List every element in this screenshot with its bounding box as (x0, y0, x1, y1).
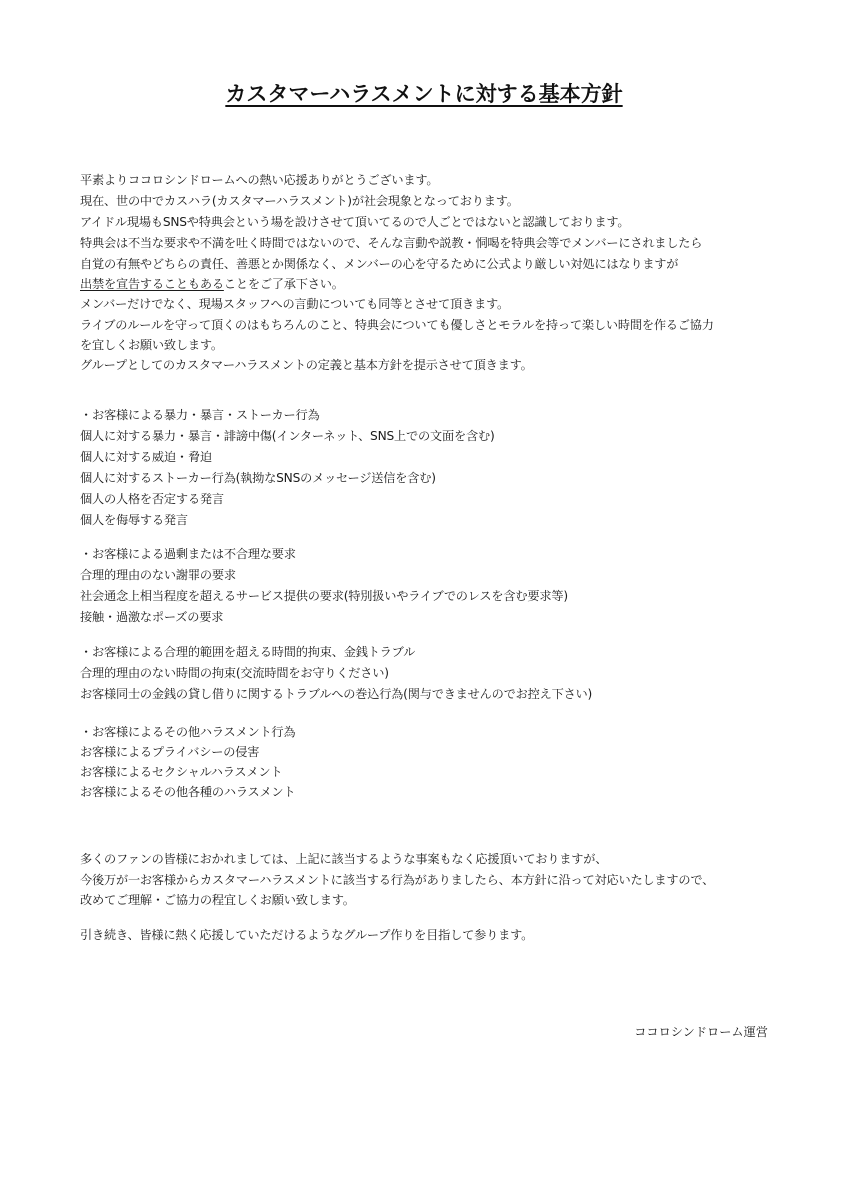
section-item: 社会通念上相当程度を超えるサービス提供の要求(特別扱いやライブでのレスを含む要求… (80, 588, 568, 604)
title-text: カスタマーハラスメントに対する基本方針 (225, 82, 622, 106)
intro-line: メンバーだけでなく、現場スタッフへの言動についても同等とさせて頂きます。 (80, 296, 509, 312)
closing-line: 改めてご理解・ご協力の程宜しくお願い致します。 (80, 892, 355, 908)
section-item: 個人に対する暴力・暴言・誹謗中傷(インターネット、SNS上での文面を含む) (80, 428, 495, 444)
section-heading: ・お客様による過剰または不合理な要求 (80, 546, 296, 562)
intro-line: 平素よりココロシンドロームへの熱い応援ありがとうございます。 (80, 172, 438, 188)
section-item: 個人に対するストーカー行為(執拗なSNSのメッセージ送信を含む) (80, 470, 436, 486)
intro-line: 特典会は不当な要求や不満を吐く時間ではないので、そんな言動や説教・恫喝を特典会等… (80, 235, 702, 251)
section-item: お客様同士の金銭の貸し借りに関するトラブルへの巻込行為(関与できませんのでお控え… (80, 686, 592, 702)
section-item: お客様によるセクシャルハラスメント (80, 764, 282, 780)
section-item: 合理的理由のない時間の拘束(交流時間をお守りください) (80, 665, 389, 681)
closing-line: 今後万が一お客様からカスタマーハラスメントに該当する行為がありましたら、本方針に… (80, 872, 714, 888)
section-item: 個人に対する威迫・脅迫 (80, 449, 212, 465)
intro-line: 自覚の有無やどちらの責任、善悪とか関係なく、メンバーの心を守るために公式より厳し… (80, 256, 678, 272)
section-item: お客様によるプライバシーの侵害 (80, 744, 259, 760)
section-item: お客様によるその他各種のハラスメント (80, 784, 295, 800)
policy-document: カスタマーハラスメントに対する基本方針 平素よりココロシンドロームへの熱い応援あ… (0, 0, 848, 1200)
ban-notice-underlined: 出禁を宣告することもある (80, 277, 224, 291)
section-item: 個人の人格を否定する発言 (80, 491, 224, 507)
section-heading: ・お客様によるその他ハラスメント行為 (80, 724, 295, 740)
intro-line: ライブのルールを守って頂くのはもちろんのこと、特典会についても優しさとモラルを持… (80, 317, 714, 333)
section-heading: ・お客様による暴力・暴言・ストーカー行為 (80, 407, 320, 423)
document-title: カスタマーハラスメントに対する基本方針 (0, 78, 848, 108)
intro-line-ban-notice: 出禁を宣告することもあることをご了承下さい。 (80, 276, 344, 292)
intro-line: アイドル現場もSNSや特典会という場を設けさせて頂いてるので人ごとではないと認識… (80, 214, 629, 230)
section-item: 個人を侮辱する発言 (80, 512, 188, 528)
final-line: 引き続き、皆様に熱く応援していただけるようなグループ作りを目指して参ります。 (80, 927, 533, 943)
intro-line: 現在、世の中でカスハラ(カスタマーハラスメント)が社会現象となっております。 (80, 193, 519, 209)
intro-line: グループとしてのカスタマーハラスメントの定義と基本方針を提示させて頂きます。 (80, 357, 533, 373)
closing-line: 多くのファンの皆様におかれましては、上記に該当するような事案もなく応援頂いており… (80, 851, 607, 867)
intro-line: を宜しくお願い致します。 (80, 337, 223, 353)
section-item: 合理的理由のない謝罪の要求 (80, 567, 236, 583)
section-item: 接触・過激なポーズの要求 (80, 609, 223, 625)
ban-notice-rest: ことをご了承下さい。 (224, 277, 344, 291)
section-heading: ・お客様による合理的範囲を超える時間的拘束、金銭トラブル (80, 644, 415, 660)
signature: ココロシンドローム運営 (634, 1023, 768, 1040)
